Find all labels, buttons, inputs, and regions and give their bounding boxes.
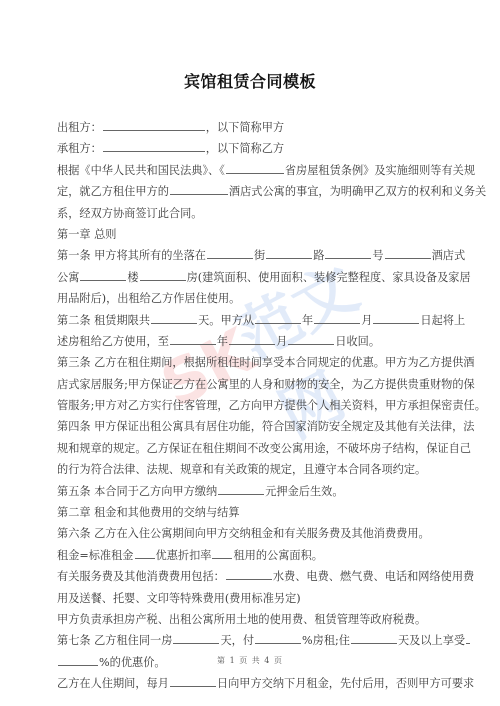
fill-in-blank[interactable] [266,247,312,259]
paragraph-line: 有关服务费及其他消费费用包括：水费、电费、燃气费、电话和网络使用费 [57,566,445,587]
line-text: 第七条 乙方租住同一房 [57,634,172,647]
paragraph-line: 承租方：，以下简称乙方 [57,138,445,159]
paragraph-line: 第六条 乙方在入住公寓期间向甲方交纳租金和有关服务费及其他消费费用。 [57,523,445,544]
paragraph-line: 第三条 乙方在租住期间，根据所租住时间享受本合同规定的优惠。甲方为乙方提供酒 [57,352,445,373]
fill-in-blank[interactable] [226,162,284,174]
fill-in-blank[interactable] [173,632,219,644]
paragraph-line: 第二章 租金和其他费用的交纳与结算 [57,502,445,523]
fill-in-blank[interactable] [103,140,205,152]
line-text: 承租方： [57,142,102,155]
fill-in-blank[interactable] [212,547,232,559]
line-text: 水费、电费、燃气费、电话和网络使用费 [273,570,474,583]
fill-in-blank[interactable] [151,312,197,324]
page-number: 第 1 页 共 4 页 [0,655,500,666]
paragraph-line: 第四条 甲方保证出租公寓具有居住功能，符合国家消防安全规定及其他有关法律，法 [57,416,445,437]
line-text: 月 [361,314,372,327]
line-text: 用品附后)，出租给乙方作居住使用。 [57,292,240,305]
paragraph-line: 租金=标准租金优惠折扣率租用的公寓面积。 [57,545,445,566]
paragraph-line: 定，就乙方租住甲方的酒店式公寓的事宜，为明确甲乙双方的权利和义务关 [57,181,445,202]
fill-in-blank[interactable] [140,269,186,281]
paragraph-line: 第二条 租赁期限共天。甲方从年月日起将上 [57,310,445,331]
line-text: 酒店式公寓的事宜，为明确甲乙双方的权利和义务关 [229,185,486,198]
line-text: 路 [313,249,324,262]
line-text: 年 [217,335,228,348]
line-text: 店式家居服务;甲方保证乙方在公寓里的人身和财物的安全，为乙方提供贵重财物的保 [57,378,475,391]
line-text: 元押金后生效。 [265,485,343,498]
paragraph-line: 公寓楼房(建筑面积、使用面积、装修完整程度、家具设备及家居 [57,267,445,288]
fill-in-blank[interactable] [170,675,216,687]
line-text: 日收回。 [335,335,380,348]
line-text: ，以下简称乙方 [206,142,284,155]
fill-in-blank[interactable] [314,312,360,324]
line-text: 第四条 甲方保证出租公寓具有居住功能，符合国家消防安全规定及其他有关法律，法 [57,420,475,433]
line-text: 管服务;甲方对乙方实行住客管理，乙方向甲方提供个人相关资料，甲方承担保密责任。 [57,399,486,412]
line-text: 的行为符合法律、法规、规章和有关政策的规定，且遵守本合同各项约定。 [57,463,426,476]
fill-in-blank[interactable] [325,247,371,259]
fill-in-blank[interactable] [255,312,301,324]
line-text: ，以下简称甲方 [206,121,284,134]
line-text: 公寓 [57,271,79,284]
line-text: 第三条 乙方在租住期间，根据所租住时间享受本合同规定的优惠。甲方为乙方提供酒 [57,356,475,369]
paragraph-line: 管服务;甲方对乙方实行住客管理，乙方向甲方提供个人相关资料，甲方承担保密责任。 [57,395,445,416]
line-text: 天，付 [220,634,254,647]
paragraph-line: 第五条 本合同于乙方向甲方缴纳元押金后生效。 [57,481,445,502]
line-text: 用及送餐、托婴、文印等特殊费用(费用标准另定) [57,592,301,605]
line-text: 定，就乙方租住甲方的 [57,185,169,198]
line-text: 乙方在人住期间，每月 [57,677,169,690]
fill-in-blank[interactable] [288,333,334,345]
paragraph-line: 用及送餐、托婴、文印等特殊费用(费用标准另定) [57,588,445,609]
line-text: 月 [276,335,287,348]
line-text: 省房屋租赁条例》及实施细则等有关规 [285,164,475,177]
line-text: %房租;住 [302,634,350,647]
document-title: 宾馆租赁合同模板 [0,69,500,92]
line-text: 第六条 乙方在入住公寓期间向甲方交纳租金和有关服务费及其他消费费用。 [57,527,430,540]
fill-in-blank[interactable] [466,632,470,644]
fill-in-blank[interactable] [226,568,272,580]
fill-in-blank[interactable] [373,312,419,324]
line-text: 酒店式 [432,249,466,262]
paragraph-line: 甲方负责承担房产税、出租公寓所用土地的使用费、租赁管理等政府税费。 [57,609,445,630]
paragraph-line: 出租方：，以下简称甲方 [57,117,445,138]
line-text: 街 [254,249,265,262]
fill-in-blank[interactable] [351,632,397,644]
paragraph-line: 乙方在人住期间，每月日向甲方交纳下月租金，先付后用，否则甲方可要求 [57,673,445,694]
fill-in-blank[interactable] [170,333,216,345]
line-text: 规和规章的规定。乙方保证在租住期间不改变公寓用途，不破坏房子结构，保证自己 [57,442,471,455]
line-text: 日向甲方交纳下月租金，先付后用，否则甲方可要求 [217,677,474,690]
line-text: 第一条 甲方将其所有的坐落在 [57,249,206,262]
line-text: 日起将上 [420,314,465,327]
fill-in-blank[interactable] [255,632,301,644]
line-text: 楼 [127,271,138,284]
fill-in-blank[interactable] [170,183,228,195]
fill-in-blank[interactable] [207,247,253,259]
line-text: 天。甲方从 [198,314,254,327]
fill-in-blank[interactable] [135,547,155,559]
paragraph-line: 的行为符合法律、法规、规章和有关政策的规定，且遵守本合同各项约定。 [57,459,445,480]
fill-in-blank[interactable] [385,247,431,259]
line-text: 第五条 本合同于乙方向甲方缴纳 [57,485,217,498]
document-body: 出租方：，以下简称甲方承租方：，以下简称乙方根据《中华人民共和国民法典》、《省房… [57,117,445,695]
line-text: 甲方负责承担房产税、出租公寓所用土地的使用费、租赁管理等政府税费。 [57,613,426,626]
paragraph-line: 第七条 乙方租住同一房天，付%房租;住天及以上享受 [57,630,445,651]
line-text: 优惠折扣率 [156,549,212,562]
line-text: 租用的公寓面积。 [233,549,323,562]
paragraph-line: 规和规章的规定。乙方保证在租住期间不改变公寓用途，不破坏房子结构，保证自己 [57,438,445,459]
line-text: 第二条 租赁期限共 [57,314,150,327]
fill-in-blank[interactable] [80,269,126,281]
document-page: SK 范文网 宾馆租赁合同模板 出租方：，以下简称甲方承租方：，以下简称乙方根据… [0,0,500,706]
fill-in-blank[interactable] [218,483,264,495]
paragraph-line: 第一条 甲方将其所有的坐落在街路号酒店式 [57,245,445,266]
paragraph-line: 述房租给乙方使用，至年月日收回。 [57,331,445,352]
line-text: 根据《中华人民共和国民法典》、《 [57,164,225,177]
fill-in-blank[interactable] [103,119,205,131]
line-text: 有关服务费及其他消费费用包括： [57,570,225,583]
line-text: 系，经双方协商签订此合同。 [57,207,202,220]
paragraph-line: 根据《中华人民共和国民法典》、《省房屋租赁条例》及实施细则等有关规 [57,160,445,181]
paragraph-line: 店式家居服务;甲方保证乙方在公寓里的人身和财物的安全，为乙方提供贵重财物的保 [57,374,445,395]
line-text: 租金=标准租金 [57,549,134,562]
line-text: 天及以上享受 [398,634,465,647]
line-text: 第一章 总则 [57,228,117,241]
line-text: 号 [372,249,383,262]
line-text: 出租方： [57,121,102,134]
paragraph-line: 系，经双方协商签订此合同。 [57,203,445,224]
line-text: 房(建筑面积、使用面积、装修完整程度、家具设备及家居 [187,271,471,284]
fill-in-blank[interactable] [229,333,275,345]
line-text: 年 [302,314,313,327]
line-text: 述房租给乙方使用，至 [57,335,169,348]
paragraph-line: 第一章 总则 [57,224,445,245]
line-text: 第二章 租金和其他费用的交纳与结算 [57,506,240,519]
paragraph-line: 用品附后)，出租给乙方作居住使用。 [57,288,445,309]
